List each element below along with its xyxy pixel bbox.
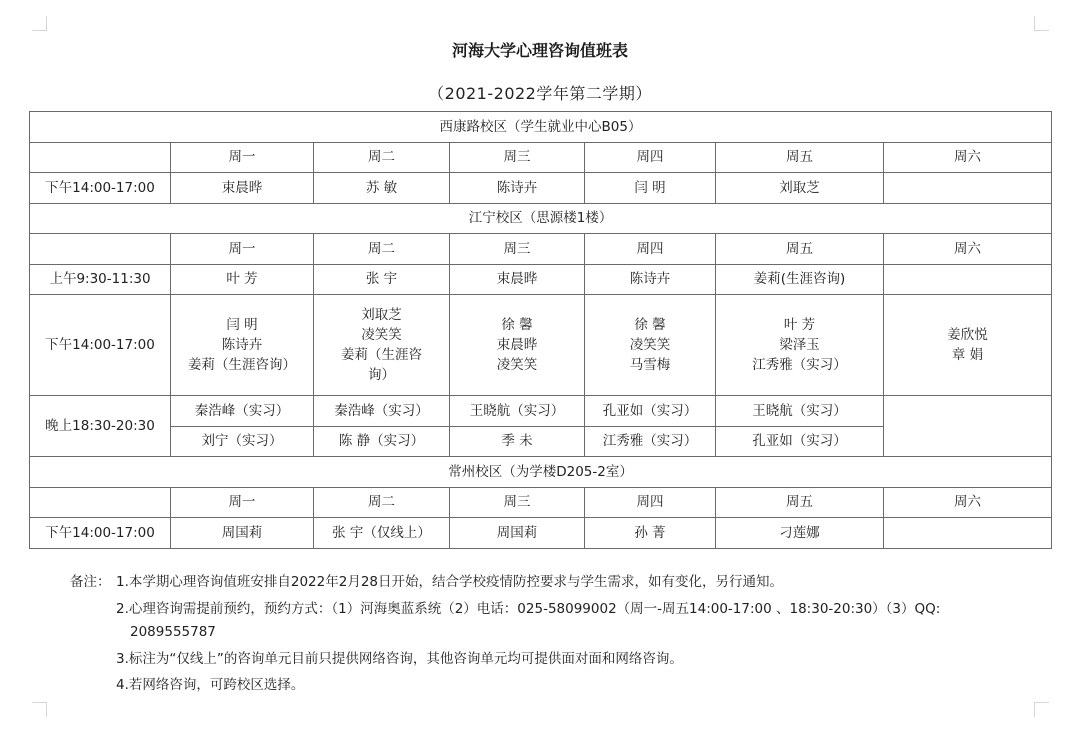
duty-name: 凌笑笑 bbox=[585, 335, 715, 355]
duty-cell bbox=[884, 396, 1052, 457]
duty-cell: 姜莉(生涯咨询) bbox=[716, 264, 884, 295]
duty-name: 马雪梅 bbox=[585, 355, 715, 375]
weekday-header-row: 周一 周二 周三 周四 周五 周六 bbox=[30, 487, 1052, 518]
page-corner-mark-bottom-right bbox=[1034, 702, 1049, 717]
duty-schedule-table: 西康路校区（学生就业中心B05） 周一 周二 周三 周四 周五 周六 下午14:… bbox=[29, 111, 1052, 549]
duty-cell: 江秀雅（实习） bbox=[585, 426, 716, 457]
document-subtitle: （2021-2022学年第二学期） bbox=[0, 81, 1080, 104]
schedule-row: 下午14:00-17:00 束晨晔 苏 敏 陈诗卉 闫 明 刘取芝 bbox=[30, 173, 1052, 204]
campus-name: 常州校区（为学楼D205-2室） bbox=[30, 457, 1052, 488]
weekday-fri: 周五 bbox=[716, 142, 884, 173]
duty-cell: 孙 菁 bbox=[585, 518, 716, 549]
duty-name: 徐 馨 bbox=[585, 315, 715, 335]
time-header-cell bbox=[30, 142, 171, 173]
note-item-2-continued: 2089555787 bbox=[130, 622, 216, 642]
weekday-mon: 周一 bbox=[171, 142, 314, 173]
weekday-wed: 周三 bbox=[450, 234, 585, 265]
duty-cell: 王晓航（实习） bbox=[450, 396, 585, 427]
weekday-sat: 周六 bbox=[884, 234, 1052, 265]
schedule-row: 下午14:00-17:00 闫 明 陈诗卉 姜莉（生涯咨询） 刘取芝 凌笑笑 姜… bbox=[30, 295, 1052, 396]
duty-cell: 秦浩峰（实习） bbox=[314, 396, 450, 427]
duty-cell: 季 未 bbox=[450, 426, 585, 457]
page-corner-mark-top-left bbox=[32, 16, 47, 31]
weekday-thu: 周四 bbox=[585, 487, 716, 518]
duty-cell: 刁莲娜 bbox=[716, 518, 884, 549]
duty-cell: 张 宇 bbox=[314, 264, 450, 295]
duty-name: 束晨晔 bbox=[450, 335, 584, 355]
duty-cell bbox=[884, 173, 1052, 204]
note-item-2: 2.心理咨询需提前预约，预约方式：（1）河海奥蓝系统（2）电话：025-5809… bbox=[116, 599, 940, 619]
notes-label: 备注： bbox=[70, 572, 111, 592]
duty-name: 章 娟 bbox=[884, 345, 1051, 365]
time-slot: 下午14:00-17:00 bbox=[30, 295, 171, 396]
weekday-tue: 周二 bbox=[314, 142, 450, 173]
duty-name: 叶 芳 bbox=[716, 315, 883, 335]
weekday-wed: 周三 bbox=[450, 487, 585, 518]
duty-cell: 徐 馨 凌笑笑 马雪梅 bbox=[585, 295, 716, 396]
weekday-fri: 周五 bbox=[716, 487, 884, 518]
note-item-4: 4.若网络咨询，可跨校区选择。 bbox=[116, 675, 304, 695]
duty-name: 陈诗卉 bbox=[171, 335, 313, 355]
campus-header-row: 常州校区（为学楼D205-2室） bbox=[30, 457, 1052, 488]
duty-name: 刘取芝 bbox=[314, 305, 449, 325]
campus-name: 江宁校区（思源楼1楼） bbox=[30, 203, 1052, 234]
weekday-mon: 周一 bbox=[171, 487, 314, 518]
duty-name: 姜欣悦 bbox=[884, 325, 1051, 345]
duty-cell: 徐 馨 束晨晔 凌笑笑 bbox=[450, 295, 585, 396]
duty-cell: 王晓航（实习） bbox=[716, 396, 884, 427]
duty-name: 凌笑笑 bbox=[450, 355, 584, 375]
duty-cell: 周国莉 bbox=[171, 518, 314, 549]
duty-name: 梁泽玉 bbox=[716, 335, 883, 355]
schedule-row: 下午14:00-17:00 周国莉 张 宇（仅线上） 周国莉 孙 菁 刁莲娜 bbox=[30, 518, 1052, 549]
duty-cell: 苏 敏 bbox=[314, 173, 450, 204]
duty-cell: 周国莉 bbox=[450, 518, 585, 549]
note-item-1: 1.本学期心理咨询值班安排自2022年2月28日开始，结合学校疫情防控要求与学生… bbox=[116, 572, 783, 592]
weekday-thu: 周四 bbox=[585, 234, 716, 265]
duty-name: 凌笑笑 bbox=[314, 325, 449, 345]
weekday-sat: 周六 bbox=[884, 487, 1052, 518]
note-item-3: 3.标注为“仅线上”的咨询单元目前只提供网络咨询，其他咨询单元均可提供面对面和网… bbox=[116, 649, 683, 669]
duty-cell: 束晨晔 bbox=[450, 264, 585, 295]
duty-cell: 陈诗卉 bbox=[585, 264, 716, 295]
time-header-cell bbox=[30, 487, 171, 518]
weekday-wed: 周三 bbox=[450, 142, 585, 173]
duty-cell: 孔亚如（实习） bbox=[585, 396, 716, 427]
campus-header-row: 西康路校区（学生就业中心B05） bbox=[30, 112, 1052, 143]
campus-header-row: 江宁校区（思源楼1楼） bbox=[30, 203, 1052, 234]
duty-cell bbox=[884, 264, 1052, 295]
duty-cell: 秦浩峰（实习） bbox=[171, 396, 314, 427]
duty-cell: 闫 明 bbox=[585, 173, 716, 204]
time-slot: 上午9:30-11:30 bbox=[30, 264, 171, 295]
duty-cell: 刘宁（实习） bbox=[171, 426, 314, 457]
weekday-tue: 周二 bbox=[314, 487, 450, 518]
time-header-cell bbox=[30, 234, 171, 265]
campus-name: 西康路校区（学生就业中心B05） bbox=[30, 112, 1052, 143]
page-corner-mark-top-right bbox=[1034, 16, 1049, 31]
duty-name: 姜莉（生涯咨 bbox=[314, 345, 449, 365]
duty-name: 徐 馨 bbox=[450, 315, 584, 335]
time-slot: 下午14:00-17:00 bbox=[30, 518, 171, 549]
schedule-row: 上午9:30-11:30 叶 芳 张 宇 束晨晔 陈诗卉 姜莉(生涯咨询) bbox=[30, 264, 1052, 295]
duty-cell: 叶 芳 梁泽玉 江秀雅（实习） bbox=[716, 295, 884, 396]
duty-cell: 刘取芝 bbox=[716, 173, 884, 204]
time-slot: 晚上18:30-20:30 bbox=[30, 396, 171, 457]
duty-cell: 束晨晔 bbox=[171, 173, 314, 204]
duty-cell: 叶 芳 bbox=[171, 264, 314, 295]
weekday-header-row: 周一 周二 周三 周四 周五 周六 bbox=[30, 234, 1052, 265]
duty-cell: 孔亚如（实习） bbox=[716, 426, 884, 457]
duty-name: 江秀雅（实习） bbox=[716, 355, 883, 375]
duty-cell: 陈 静（实习） bbox=[314, 426, 450, 457]
weekday-mon: 周一 bbox=[171, 234, 314, 265]
weekday-header-row: 周一 周二 周三 周四 周五 周六 bbox=[30, 142, 1052, 173]
page-corner-mark-bottom-left bbox=[32, 702, 47, 717]
weekday-tue: 周二 bbox=[314, 234, 450, 265]
schedule-row: 晚上18:30-20:30 秦浩峰（实习） 秦浩峰（实习） 王晓航（实习） 孔亚… bbox=[30, 396, 1052, 427]
duty-cell: 刘取芝 凌笑笑 姜莉（生涯咨 询） bbox=[314, 295, 450, 396]
duty-name: 询） bbox=[314, 365, 449, 385]
weekday-thu: 周四 bbox=[585, 142, 716, 173]
duty-cell bbox=[884, 518, 1052, 549]
duty-cell: 闫 明 陈诗卉 姜莉（生涯咨询） bbox=[171, 295, 314, 396]
duty-cell: 姜欣悦 章 娟 bbox=[884, 295, 1052, 396]
duty-cell: 张 宇（仅线上） bbox=[314, 518, 450, 549]
duty-cell: 陈诗卉 bbox=[450, 173, 585, 204]
duty-name: 姜莉（生涯咨询） bbox=[171, 355, 313, 375]
weekday-sat: 周六 bbox=[884, 142, 1052, 173]
document-title: 河海大学心理咨询值班表 bbox=[0, 38, 1080, 61]
duty-name: 闫 明 bbox=[171, 315, 313, 335]
time-slot: 下午14:00-17:00 bbox=[30, 173, 171, 204]
weekday-fri: 周五 bbox=[716, 234, 884, 265]
